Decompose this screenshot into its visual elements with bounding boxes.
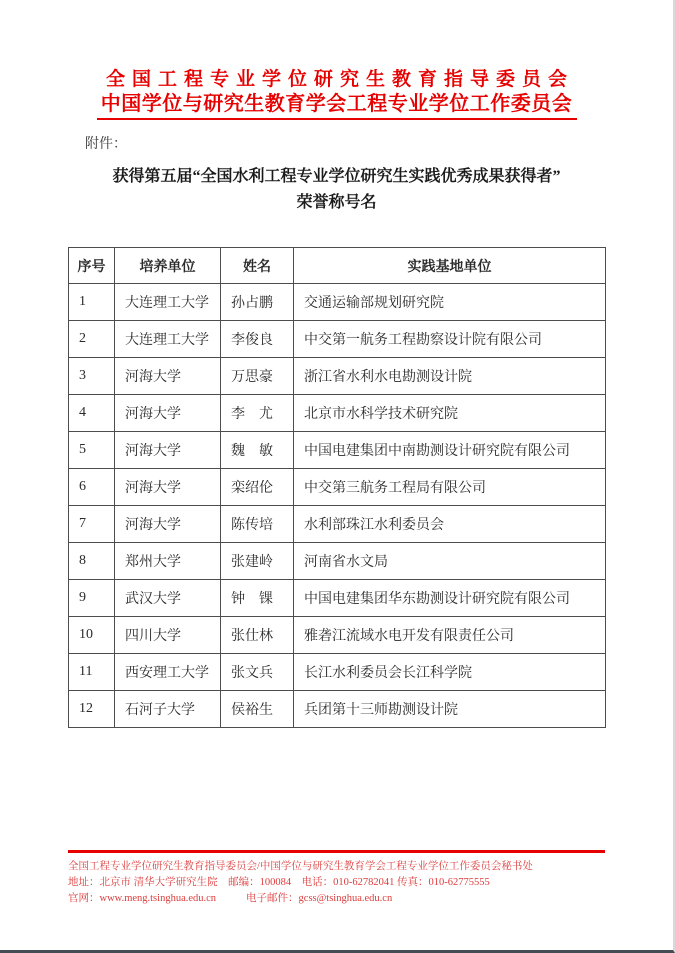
- table-row: 11 西安理工大学 张文兵 长江水利委员会长江科学院: [69, 654, 606, 691]
- cell-university: 郑州大学: [115, 543, 221, 580]
- cell-practice-base: 长江水利委员会长江科学院: [294, 654, 606, 691]
- cell-university: 西安理工大学: [115, 654, 221, 691]
- table-row: 4 河海大学 李 尤 北京市水科学技术研究院: [69, 395, 606, 432]
- cell-practice-base: 河南省水文局: [294, 543, 606, 580]
- cell-name: 万思豪: [221, 358, 294, 395]
- cell-practice-base: 中交第一航务工程勘察设计院有限公司: [294, 321, 606, 358]
- column-header-name: 姓名: [221, 248, 294, 284]
- cell-name: 陈传培: [221, 506, 294, 543]
- cell-index: 11: [69, 654, 115, 691]
- cell-index: 3: [69, 358, 115, 395]
- table-row: 6 河海大学 栾绍伦 中交第三航务工程局有限公司: [69, 469, 606, 506]
- cell-name: 张仕林: [221, 617, 294, 654]
- document-title-line2: 荣誉称号名: [68, 190, 605, 216]
- cell-practice-base: 浙江省水利水电勘测设计院: [294, 358, 606, 395]
- table-row: 9 武汉大学 钟 锞 中国电建集团华东勘测设计研究院有限公司: [69, 580, 606, 617]
- cell-university: 石河子大学: [115, 691, 221, 728]
- table-row: 7 河海大学 陈传培 水利部珠江水利委员会: [69, 506, 606, 543]
- cell-practice-base: 交通运输部规划研究院: [294, 284, 606, 321]
- footer-website: 官网：www.meng.tsinghua.edu.cn: [68, 893, 216, 904]
- cell-name: 张建岭: [221, 543, 294, 580]
- footer-email: 电子邮件：gcss@tsinghua.edu.cn: [246, 893, 392, 904]
- cell-name: 李 尤: [221, 395, 294, 432]
- cell-university: 河海大学: [115, 358, 221, 395]
- cell-practice-base: 北京市水科学技术研究院: [294, 395, 606, 432]
- footer-divider: [68, 850, 605, 853]
- table-row: 2 大连理工大学 李俊良 中交第一航务工程勘察设计院有限公司: [69, 321, 606, 358]
- cell-index: 6: [69, 469, 115, 506]
- cell-index: 9: [69, 580, 115, 617]
- cell-university: 大连理工大学: [115, 284, 221, 321]
- cell-name: 侯裕生: [221, 691, 294, 728]
- column-header-university: 培养单位: [115, 248, 221, 284]
- attachment-label: 附件：: [85, 136, 605, 154]
- letterhead-line1: 全国工程专业学位研究生教育指导委员会: [68, 68, 605, 92]
- cell-university: 河海大学: [115, 432, 221, 469]
- table-row: 10 四川大学 张仕林 雅砻江流域水电开发有限责任公司: [69, 617, 606, 654]
- cell-university: 武汉大学: [115, 580, 221, 617]
- letterhead-line2: 中国学位与研究生教育学会工程专业学位工作委员会: [68, 92, 605, 116]
- cell-university: 河海大学: [115, 469, 221, 506]
- table-header-row: 序号 培养单位 姓名 实践基地单位: [69, 248, 606, 284]
- letterhead-underline: [97, 118, 577, 120]
- cell-index: 2: [69, 321, 115, 358]
- footer-contact-line: 官网：www.meng.tsinghua.edu.cn电子邮件：gcss@tsi…: [68, 891, 605, 907]
- cell-index: 8: [69, 543, 115, 580]
- cell-practice-base: 中国电建集团中南勘测设计研究院有限公司: [294, 432, 606, 469]
- column-header-practice-base: 实践基地单位: [294, 248, 606, 284]
- cell-university: 河海大学: [115, 395, 221, 432]
- document-page: 全国工程专业学位研究生教育指导委员会 中国学位与研究生教育学会工程专业学位工作委…: [0, 0, 675, 953]
- cell-index: 5: [69, 432, 115, 469]
- cell-index: 4: [69, 395, 115, 432]
- cell-name: 栾绍伦: [221, 469, 294, 506]
- cell-practice-base: 兵团第十三师勘测设计院: [294, 691, 606, 728]
- table-row: 8 郑州大学 张建岭 河南省水文局: [69, 543, 606, 580]
- cell-practice-base: 中国电建集团华东勘测设计研究院有限公司: [294, 580, 606, 617]
- column-header-index: 序号: [69, 248, 115, 284]
- footer: 全国工程专业学位研究生教育指导委员会/中国学位与研究生教育学会工程专业学位工作委…: [68, 850, 605, 907]
- document-title: 获得第五届“全国水利工程专业学位研究生实践优秀成果获得者” 荣誉称号名: [68, 164, 605, 216]
- letterhead: 全国工程专业学位研究生教育指导委员会 中国学位与研究生教育学会工程专业学位工作委…: [68, 68, 605, 120]
- cell-university: 河海大学: [115, 506, 221, 543]
- cell-university: 四川大学: [115, 617, 221, 654]
- footer-org-line: 全国工程专业学位研究生教育指导委员会/中国学位与研究生教育学会工程专业学位工作委…: [68, 859, 605, 875]
- table-row: 3 河海大学 万思豪 浙江省水利水电勘测设计院: [69, 358, 606, 395]
- footer-address-line: 地址：北京市 清华大学研究生院 邮编：100084 电话：010-6278204…: [68, 875, 605, 891]
- cell-name: 孙占鹏: [221, 284, 294, 321]
- cell-name: 钟 锞: [221, 580, 294, 617]
- cell-index: 7: [69, 506, 115, 543]
- table-row: 12 石河子大学 侯裕生 兵团第十三师勘测设计院: [69, 691, 606, 728]
- cell-name: 李俊良: [221, 321, 294, 358]
- table-row: 1 大连理工大学 孙占鹏 交通运输部规划研究院: [69, 284, 606, 321]
- honor-recipients-table: 序号 培养单位 姓名 实践基地单位 1 大连理工大学 孙占鹏 交通运输部规划研究…: [68, 247, 606, 728]
- cell-name: 魏 敏: [221, 432, 294, 469]
- cell-practice-base: 中交第三航务工程局有限公司: [294, 469, 606, 506]
- cell-name: 张文兵: [221, 654, 294, 691]
- cell-practice-base: 水利部珠江水利委员会: [294, 506, 606, 543]
- cell-index: 1: [69, 284, 115, 321]
- cell-index: 12: [69, 691, 115, 728]
- cell-university: 大连理工大学: [115, 321, 221, 358]
- document-title-line1: 获得第五届“全国水利工程专业学位研究生实践优秀成果获得者”: [68, 164, 605, 190]
- cell-index: 10: [69, 617, 115, 654]
- table-row: 5 河海大学 魏 敏 中国电建集团中南勘测设计研究院有限公司: [69, 432, 606, 469]
- cell-practice-base: 雅砻江流域水电开发有限责任公司: [294, 617, 606, 654]
